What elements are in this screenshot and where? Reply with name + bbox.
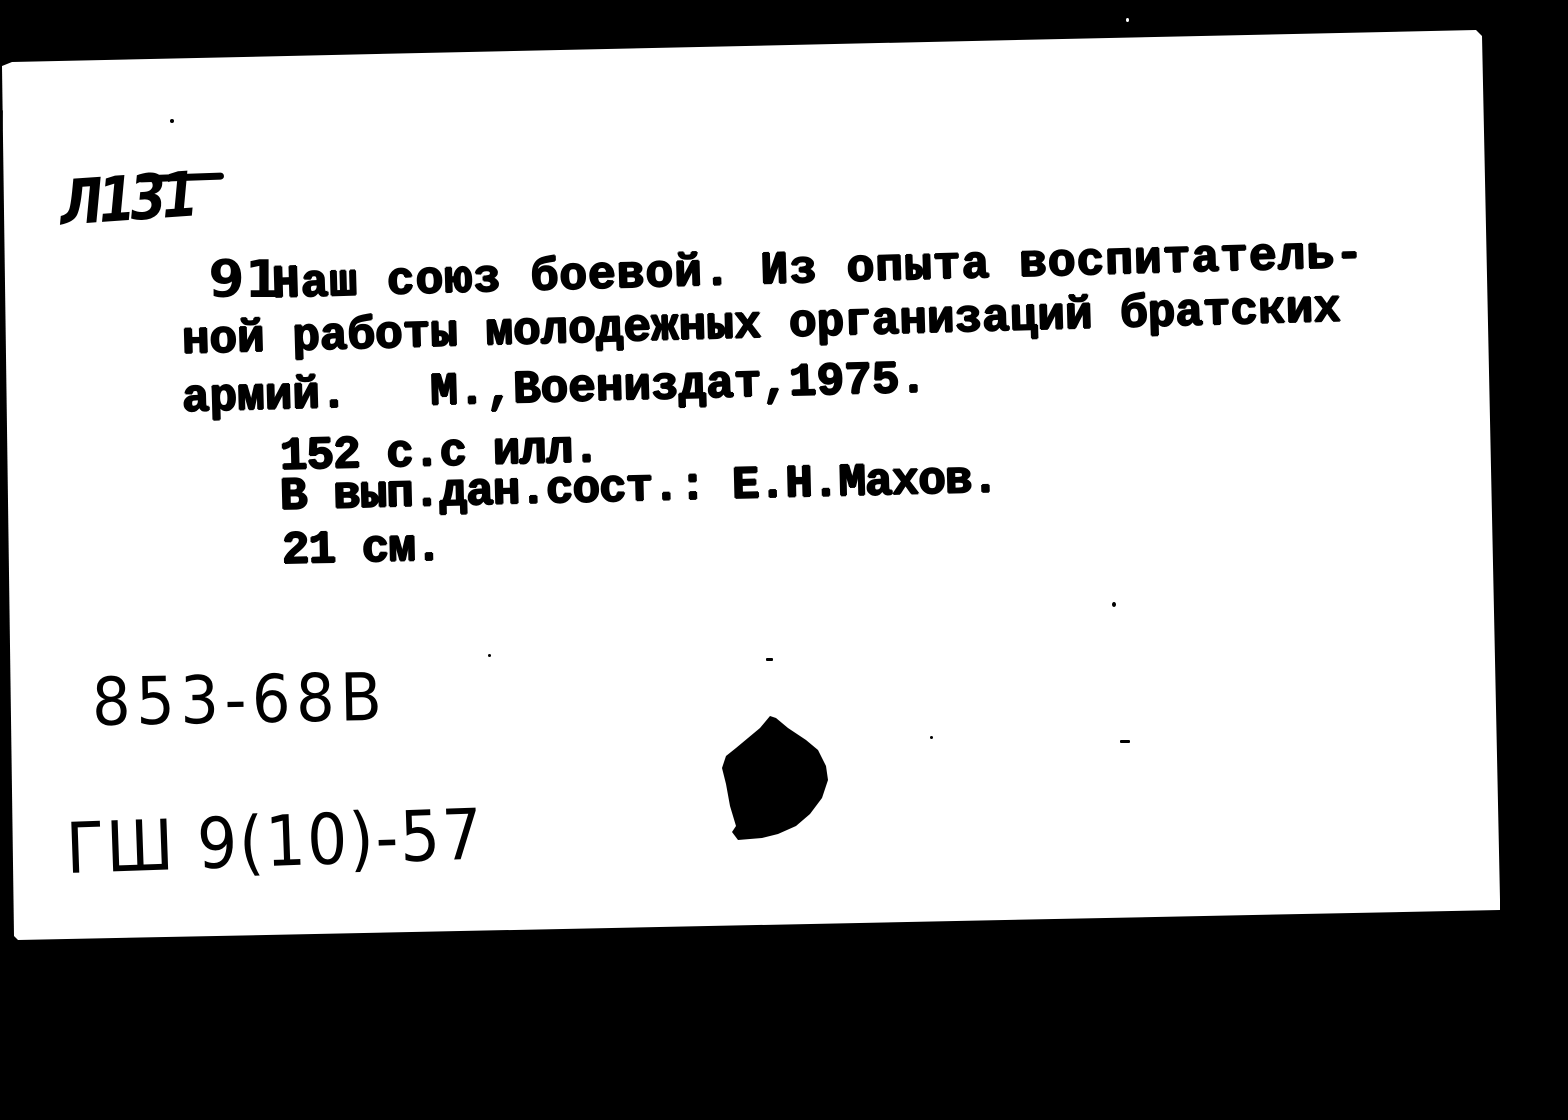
scan-speck — [488, 654, 491, 657]
typed-line-size: 21 см. — [282, 525, 443, 574]
handwritten-code-2: ГШ 9(10)-57 — [65, 793, 486, 890]
ink-blot — [718, 714, 838, 844]
scan-speck — [0, 110, 3, 130]
handwritten-code-1: 853-68В — [91, 659, 388, 741]
scan-speck — [170, 119, 174, 123]
scan-speck — [1126, 18, 1129, 22]
scan-speck — [1520, 455, 1523, 458]
catalog-card: Л131 91 Наш союз боевой. Из опыта воспит… — [0, 0, 1568, 1120]
typed-line-imprint: армий. М.,Воениздат,1975. — [181, 356, 927, 421]
scan-speck — [930, 736, 933, 739]
scan-speck — [1112, 602, 1116, 607]
scan-speck — [766, 658, 773, 661]
scan-speck — [1120, 740, 1130, 743]
